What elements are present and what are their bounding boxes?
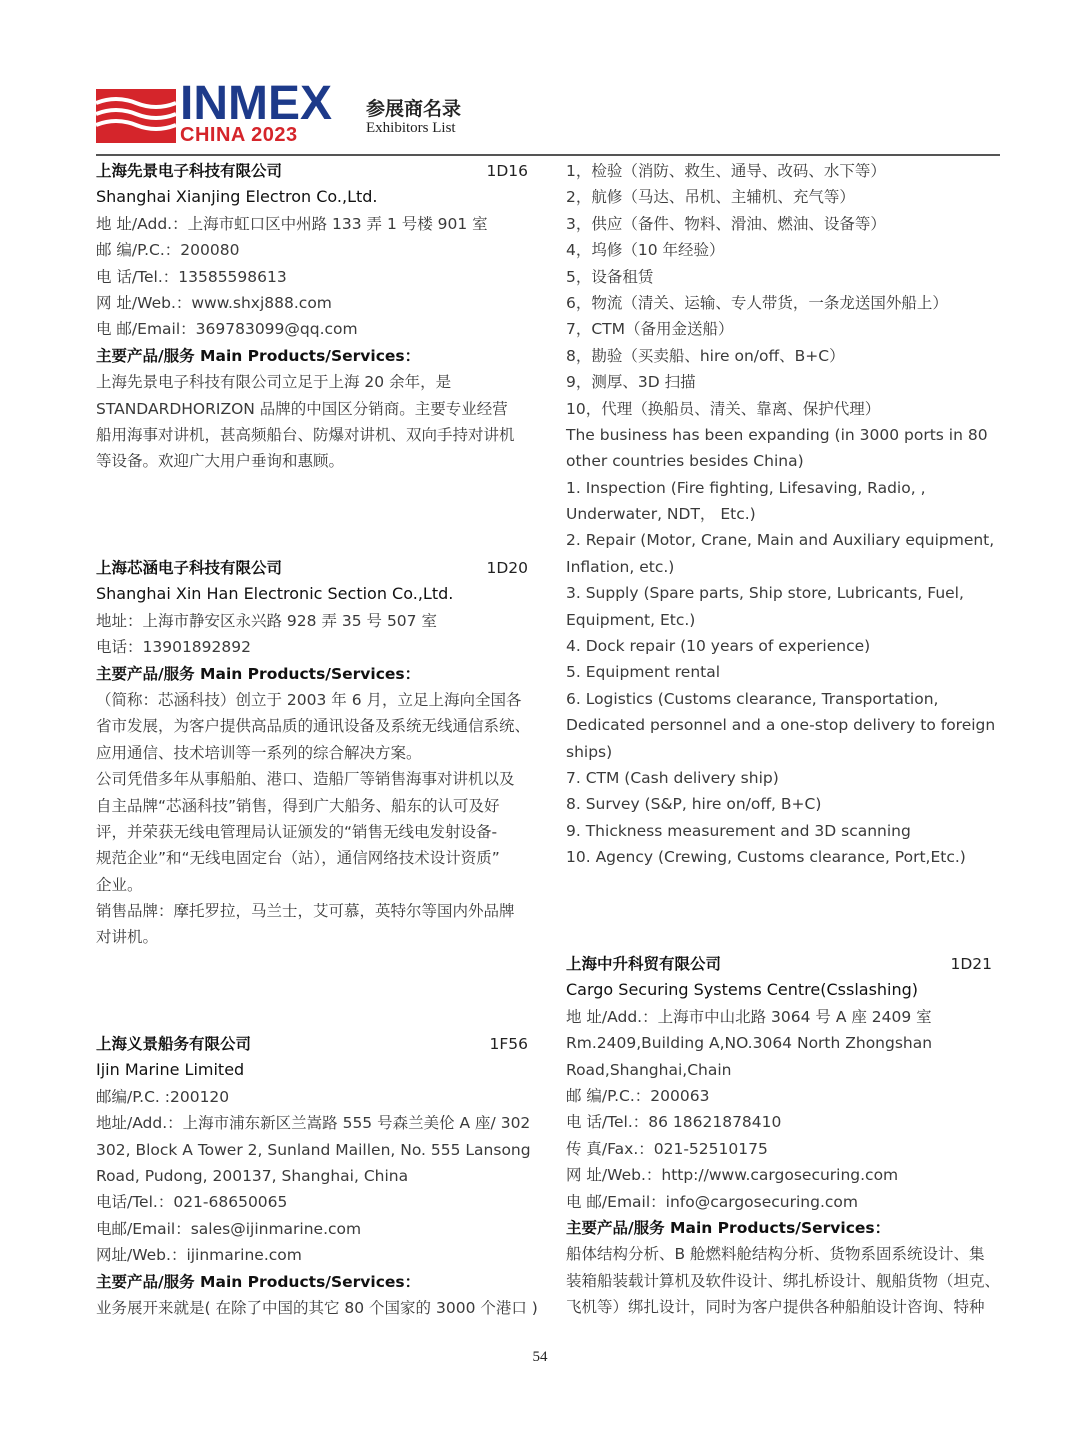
- service-item: 7. CTM (Cash delivery ship): [566, 765, 1000, 791]
- company-name-cn: 上海中升科贸有限公司: [566, 951, 721, 977]
- header-divider: [96, 154, 1000, 156]
- service-item: 10，代理（换船员、清关、靠离、保护代理）: [566, 396, 1000, 422]
- products-text: 业务展开来就是( 在除了中国的其它 80 个国家的 3000 个港口 ): [96, 1295, 536, 1321]
- products-text: 自主品牌“芯涵科技”销售，得到广大船务、船东的认可及好: [96, 793, 536, 819]
- web-line: 网址/Web.：ijinmarine.com: [96, 1242, 536, 1268]
- service-item: 1. Inspection (Fire fighting, Lifesaving…: [566, 475, 1000, 501]
- service-item: 6，物流（清关、运输、专人带货，一条龙送国外船上）: [566, 290, 1000, 316]
- address-line: 地 址/Add.：上海市虹口区中州路 133 弄 1 号楼 901 室: [96, 211, 536, 237]
- company-name-en: Ijin Marine Limited: [96, 1057, 536, 1083]
- service-item: 2，航修（马达、吊机、主辅机、充气等）: [566, 184, 1000, 210]
- fax-line: 传 真/Fax.：021-52510175: [566, 1136, 1000, 1162]
- postcode-line: 邮编/P.C. :200120: [96, 1084, 536, 1110]
- service-item: Underwater, NDT， Etc.): [566, 501, 1000, 527]
- products-text: 销售品牌：摩托罗拉，马兰士，艾可慕，英特尔等国内外品牌: [96, 898, 536, 924]
- address-line: Rm.2409,Building A,NO.3064 North Zhongsh…: [566, 1030, 1000, 1056]
- service-item: other countries besides China): [566, 448, 1000, 474]
- postcode-line: 邮 编/P.C.：200080: [96, 237, 536, 263]
- header-title-en: Exhibitors List: [366, 120, 456, 137]
- tel-line: 电 话/Tel.：13585598613: [96, 264, 536, 290]
- service-item: 4，坞修（10 年经验）: [566, 237, 1000, 263]
- postcode-line: 邮 编/P.C.：200063: [566, 1083, 1000, 1109]
- products-label: 主要产品/服务 Main Products/Services：: [96, 1269, 536, 1295]
- tel-line: 电话：13901892892: [96, 634, 536, 660]
- service-item: 9. Thickness measurement and 3D scanning: [566, 818, 1000, 844]
- exhibitor-entry-1f56: 上海义景船务有限公司 1F56 Ijin Marine Limited 邮编/P…: [96, 1031, 536, 1321]
- service-item: 2. Repair (Motor, Crane, Main and Auxili…: [566, 527, 1000, 553]
- address-line: 地址/Add.：上海市浦东新区兰嵩路 555 号森兰美伦 A 座/ 302: [96, 1110, 536, 1136]
- booth-number: 1F56: [489, 1031, 536, 1057]
- service-item: 6. Logistics (Customs clearance, Transpo…: [566, 686, 1000, 712]
- products-text: 企业。: [96, 872, 536, 898]
- service-item: 3，供应（备件、物料、滑油、燃油、设备等）: [566, 211, 1000, 237]
- service-item: 4. Dock repair (10 years of experience): [566, 633, 1000, 659]
- company-heading: 上海义景船务有限公司 1F56: [96, 1031, 536, 1057]
- products-text: 评，并荣获无线电管理局认证颁发的“销售无线电发射设备-: [96, 819, 536, 845]
- address-line: Road,Shanghai,Chain: [566, 1057, 1000, 1083]
- products-label: 主要产品/服务 Main Products/Services：: [96, 343, 536, 369]
- service-item: 8，勘验（买卖船、hire on/off、B+C）: [566, 343, 1000, 369]
- continued-services-list: 1，检验（消防、救生、通导、改码、水下等） 2，航修（马达、吊机、主辅机、充气等…: [566, 158, 1000, 871]
- company-name-cn: 上海先景电子科技有限公司: [96, 158, 282, 184]
- company-heading: 上海先景电子科技有限公司 1D16: [96, 158, 536, 184]
- web-line: 网 址/Web.：http://www.cargosecuring.com: [566, 1162, 1000, 1188]
- service-item: Dedicated personnel and a one-stop deliv…: [566, 712, 1000, 738]
- products-text: 规范企业”和“无线电固定台（站），通信网络技术设计资质”: [96, 845, 536, 871]
- service-item: 3. Supply (Spare parts, Ship store, Lubr…: [566, 580, 1000, 606]
- booth-number: 1D21: [950, 951, 1000, 977]
- inmex-wave-logo-icon: [96, 89, 176, 143]
- address-line: 302, Block A Tower 2, Sunland Maillen, N…: [96, 1137, 536, 1163]
- company-name-en: Shanghai Xin Han Electronic Section Co.,…: [96, 581, 536, 607]
- service-item: 5，设备租赁: [566, 264, 1000, 290]
- company-name-cn: 上海芯涵电子科技有限公司: [96, 555, 282, 581]
- products-label: 主要产品/服务 Main Products/Services：: [96, 661, 536, 687]
- service-item: ships): [566, 739, 1000, 765]
- service-item: 8. Survey (S&P, hire on/off, B+C): [566, 791, 1000, 817]
- products-text: 上海先景电子科技有限公司立足于上海 20 余年，是: [96, 369, 536, 395]
- products-label: 主要产品/服务 Main Products/Services：: [566, 1215, 1000, 1241]
- products-text: 装箱船装载计算机及软件设计、绑扎桥设计、舰船货物（坦克、: [566, 1268, 1000, 1294]
- products-text: 对讲机。: [96, 924, 536, 950]
- company-heading: 上海芯涵电子科技有限公司 1D20: [96, 555, 536, 581]
- service-item: Inflation, etc.): [566, 554, 1000, 580]
- tel-line: 电话/Tel.：021-68650065: [96, 1189, 536, 1215]
- products-text: 省市发展，为客户提供高品质的通讯设备及系统无线通信系统、: [96, 713, 536, 739]
- products-text: 公司凭借多年从事船舶、港口、造船厂等销售海事对讲机以及: [96, 766, 536, 792]
- booth-number: 1D16: [486, 158, 536, 184]
- products-text: （简称：芯涵科技）创立于 2003 年 6 月，立足上海向全国各: [96, 687, 536, 713]
- service-item: 5. Equipment rental: [566, 659, 1000, 685]
- exhibitor-entry-1d21: 上海中升科贸有限公司 1D21 Cargo Securing Systems C…: [566, 951, 1000, 1320]
- company-name-cn: 上海义景船务有限公司: [96, 1031, 251, 1057]
- header-title-cn: 参展商名录: [366, 94, 461, 121]
- products-text: 飞机等）绑扎设计，同时为客户提供各种船舶设计咨询、特种: [566, 1294, 1000, 1320]
- products-text: 应用通信、技术培训等一系列的综合解决方案。: [96, 740, 536, 766]
- page-header: INMEX CHINA 2023 参展商名录 Exhibitors List: [96, 86, 1000, 148]
- company-heading: 上海中升科贸有限公司 1D21: [566, 951, 1000, 977]
- service-item: Equipment, Etc.): [566, 607, 1000, 633]
- booth-number: 1D20: [486, 555, 536, 581]
- company-name-en: Cargo Securing Systems Centre(Csslashing…: [566, 977, 1000, 1003]
- exhibitor-entry-1d20: 上海芯涵电子科技有限公司 1D20 Shanghai Xin Han Elect…: [96, 555, 536, 951]
- email-line: 电 邮/Email：info@cargosecuring.com: [566, 1189, 1000, 1215]
- web-line: 网 址/Web.：www.shxj888.com: [96, 290, 536, 316]
- exhibitor-entry-1d16: 上海先景电子科技有限公司 1D16 Shanghai Xianjing Elec…: [96, 158, 536, 475]
- address-line: 地 址/Add.：上海市中山北路 3064 号 A 座 2409 室: [566, 1004, 1000, 1030]
- service-item: The business has been expanding (in 3000…: [566, 422, 1000, 448]
- products-text: 船用海事对讲机，甚高频船台、防爆对讲机、双向手持对讲机: [96, 422, 536, 448]
- service-item: 1，检验（消防、救生、通导、改码、水下等）: [566, 158, 1000, 184]
- address-line: Road, Pudong, 200137, Shanghai, China: [96, 1163, 536, 1189]
- address-line: 地址：上海市静安区永兴路 928 弄 35 号 507 室: [96, 608, 536, 634]
- email-line: 电 邮/Email：369783099@qq.com: [96, 316, 536, 342]
- service-item: 7，CTM（备用金送船）: [566, 316, 1000, 342]
- products-text: 船体结构分析、B 舱燃料舱结构分析、货物系固系统设计、集: [566, 1241, 1000, 1267]
- company-name-en: Shanghai Xianjing Electron Co.,Ltd.: [96, 184, 536, 210]
- logo-inmex-text: INMEX: [180, 80, 332, 128]
- products-text: 等设备。欢迎广大用户垂询和惠顾。: [96, 448, 536, 474]
- service-item: 10. Agency (Crewing, Customs clearance, …: [566, 844, 1000, 870]
- tel-line: 电 话/Tel.：86 18621878410: [566, 1109, 1000, 1135]
- products-text: STANDARDHORIZON 品牌的中国区分销商。主要专业经营: [96, 396, 536, 422]
- email-line: 电邮/Email：sales@ijinmarine.com: [96, 1216, 536, 1242]
- logo-china-2023-text: CHINA 2023: [180, 124, 298, 146]
- service-item: 9，测厚、3D 扫描: [566, 369, 1000, 395]
- page-number: 54: [0, 1349, 1080, 1366]
